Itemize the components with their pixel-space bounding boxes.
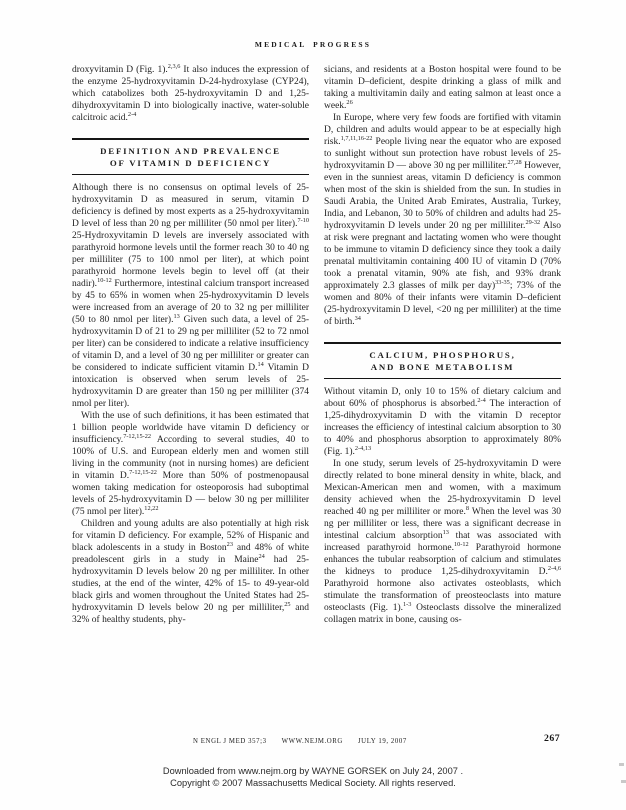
footer-journal-ref: N ENGL J MED 357;3 — [193, 738, 267, 745]
reference-superscript: 1-3 — [403, 601, 411, 608]
download-notice-line1: Downloaded from www.nejm.org by WAYNE GO… — [0, 766, 626, 778]
reference-superscript: 10-12 — [97, 277, 112, 284]
section-heading-line: AND BONE METABOLISM — [324, 361, 561, 373]
reference-superscript: 14 — [257, 361, 263, 368]
running-head: MEDICAL PROGRESS — [0, 40, 626, 49]
reference-superscript: 34 — [355, 315, 361, 322]
reference-superscript: 26 — [346, 99, 352, 106]
scan-artifact — [619, 763, 624, 766]
paragraph: In Europe, where very few foods are fort… — [324, 112, 561, 328]
download-notice-line2: Copyright © 2007 Massachusetts Medical S… — [0, 778, 626, 790]
paragraph: Without vitamin D, only 10 to 15% of die… — [324, 386, 561, 458]
journal-page: MEDICAL PROGRESS droxyvitamin D (Fig. 1)… — [0, 0, 626, 810]
section-heading-line: DEFINITION AND PREVALENCE — [72, 145, 309, 157]
section-heading: DEFINITION AND PREVALENCEOF VITAMIN D DE… — [72, 138, 309, 175]
footer-date: JULY 19, 2007 — [358, 738, 407, 745]
footer-website: WWW.NEJM.ORG — [282, 738, 343, 745]
reference-superscript: 7-12,15-22 — [123, 433, 151, 440]
page-footer: N ENGL J MED 357;3 WWW.NEJM.ORG JULY 19,… — [193, 738, 407, 745]
paragraph: sicians, and residents at a Boston hospi… — [324, 64, 561, 112]
reference-superscript: 7-12,15-22 — [129, 469, 157, 476]
reference-superscript: 1,7,11,16-22 — [341, 135, 373, 142]
paragraph: Although there is no consensus on optima… — [72, 182, 309, 410]
reference-superscript: 13 — [173, 313, 179, 320]
download-notice: Downloaded from www.nejm.org by WAYNE GO… — [0, 766, 626, 789]
reference-superscript: 29-32 — [525, 219, 540, 226]
section-heading-line: CALCIUM, PHOSPHORUS, — [324, 349, 561, 361]
reference-superscript: 7-10 — [297, 217, 309, 224]
reference-superscript: 12,22 — [144, 505, 158, 512]
reference-superscript: 23 — [227, 541, 233, 548]
paragraph: droxyvitamin D (Fig. 1).2,3,6 It also in… — [72, 64, 309, 124]
article-body: droxyvitamin D (Fig. 1).2,3,6 It also in… — [72, 64, 561, 626]
page-number: 267 — [544, 733, 560, 744]
reference-superscript: 2-4,13 — [355, 445, 371, 452]
column-right: sicians, and residents at a Boston hospi… — [324, 64, 561, 626]
paragraph: In one study, serum levels of 25-hydroxy… — [324, 458, 561, 626]
section-heading: CALCIUM, PHOSPHORUS,AND BONE METABOLISM — [324, 342, 561, 379]
reference-superscript: 27,28 — [508, 159, 522, 166]
column-left: droxyvitamin D (Fig. 1).2,3,6 It also in… — [72, 64, 309, 626]
reference-superscript: 2-4,6 — [548, 565, 561, 572]
reference-superscript: 2-4 — [128, 111, 136, 118]
reference-superscript: 33-35 — [495, 279, 510, 286]
reference-superscript: 10-12 — [454, 541, 469, 548]
paragraph: Children and young adults are also poten… — [72, 518, 309, 626]
reference-superscript: 25 — [284, 601, 290, 608]
section-heading-line: OF VITAMIN D DEFICIENCY — [72, 157, 309, 169]
reference-superscript: 2,3,6 — [168, 63, 181, 70]
scan-artifact — [621, 780, 626, 783]
reference-superscript: 13 — [443, 529, 449, 536]
reference-superscript: 8 — [466, 505, 469, 512]
paragraph: With the use of such definitions, it has… — [72, 410, 309, 518]
reference-superscript: 2-4 — [477, 397, 485, 404]
reference-superscript: 24 — [258, 553, 264, 560]
